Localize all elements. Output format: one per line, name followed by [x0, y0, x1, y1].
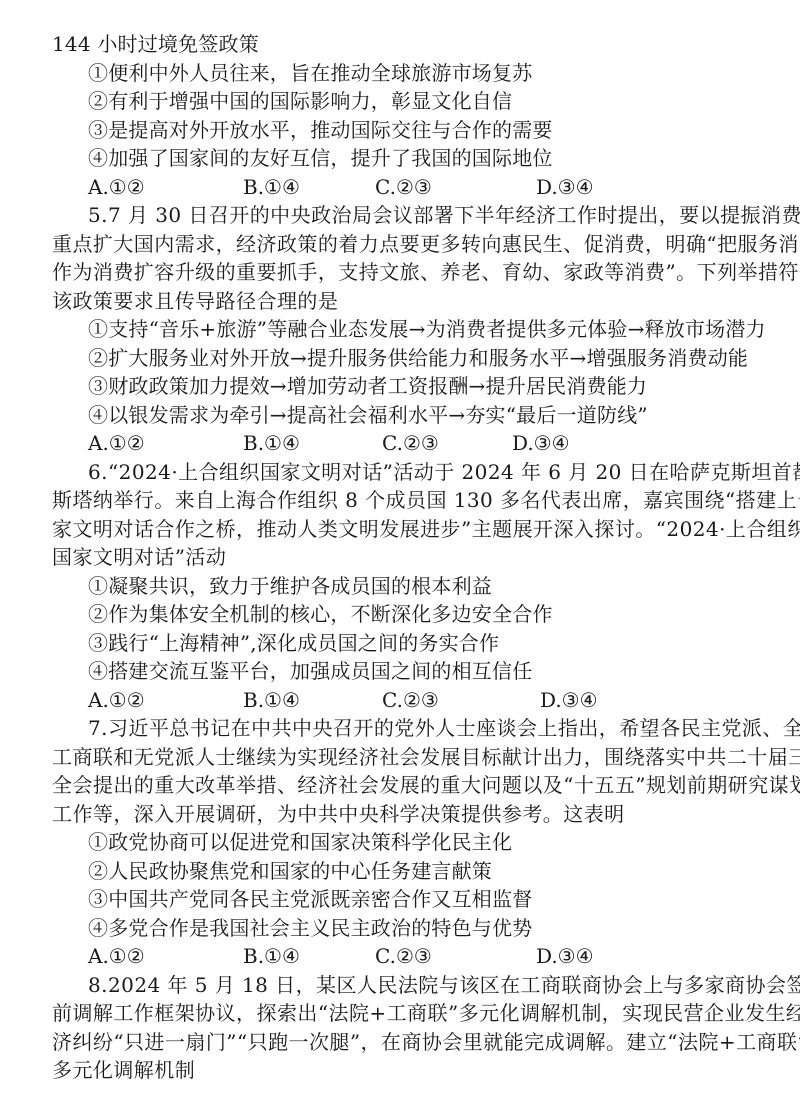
choice-a: A.①② — [88, 173, 145, 202]
statement-2: ②有利于增强中国的国际影响力，彰显文化自信 — [52, 87, 752, 116]
answer-choices: A.①② B.①④ C.②③ D.③④ — [52, 429, 752, 458]
question-stem-line: 6.“2024·上合组织国家文明对话”活动于 2024 年 6 月 20 日在哈… — [52, 458, 752, 487]
choice-c: C.②③ — [375, 173, 432, 202]
answer-choices: A.①② B.①④ C.②③ D.③④ — [52, 173, 752, 202]
statement-1: ①支持“音乐+旅游”等融合业态发展→为消费者提供多元体验→释放市场潜力 — [52, 315, 752, 344]
question-stem-line: 全会提出的重大改革举措、经济社会发展的重大问题以及“十五五”规划前期研究谋划 — [52, 771, 752, 800]
statement-1: ①政党协商可以促进党和国家决策科学化民主化 — [52, 828, 752, 857]
question-stem-line: 8.2024 年 5 月 18 日，某区人民法院与该区在工商联商协会上与多家商协… — [52, 971, 752, 1000]
statement-4: ④加强了国家间的友好互信，提升了我国的国际地位 — [52, 144, 752, 173]
statement-2: ②人民政协聚焦党和国家的中心任务建言献策 — [52, 857, 752, 886]
statement-3: ③中国共产党同各民主党派既亲密合作又互相监督 — [52, 885, 752, 914]
answer-choices: A.①② B.①④ C.②③ D.③④ — [52, 686, 752, 715]
question-stem-line: 多元化调解机制 — [52, 1056, 752, 1085]
choice-a: A.①② — [88, 686, 145, 715]
question-8: 8.2024 年 5 月 18 日，某区人民法院与该区在工商联商协会上与多家商协… — [52, 971, 752, 1085]
statement-3: ③践行“上海精神”,深化成员国之间的务实合作 — [52, 629, 752, 658]
question-4-tail: 144 小时过境免签政策 ①便利中外人员往来，旨在推动全球旅游市场复苏 ②有利于… — [52, 30, 752, 201]
question-stem-line: 5.7 月 30 日召开的中央政治局会议部署下半年经济工作时提出，要以提振消费为 — [52, 201, 752, 230]
choice-c: C.②③ — [375, 942, 432, 971]
choice-b: B.①④ — [243, 942, 300, 971]
question-stem-line: 斯塔纳举行。来自上海合作组织 8 个成员国 130 多名代表出席，嘉宾围绕“搭建… — [52, 486, 752, 515]
choice-a: A.①② — [88, 429, 145, 458]
question-6: 6.“2024·上合组织国家文明对话”活动于 2024 年 6 月 20 日在哈… — [52, 458, 752, 715]
question-stem-line: 重点扩大国内需求，经济政策的着力点要更多转向惠民生、促消费，明确“把服务消费 — [52, 230, 752, 259]
question-stem-line: 7.习近平总书记在中共中央召开的党外人士座谈会上指出，希望各民主党派、全国 — [52, 714, 752, 743]
question-stem-line: 家文明对话合作之桥，推动人类文明发展进步”主题展开深入探讨。“2024·上合组织 — [52, 515, 752, 544]
statement-3: ③财政政策加力提效→增加劳动者工资报酬→提升居民消费能力 — [52, 372, 752, 401]
question-7: 7.习近平总书记在中共中央召开的党外人士座谈会上指出，希望各民主党派、全国 工商… — [52, 714, 752, 971]
statement-4: ④多党合作是我国社会主义民主政治的特色与优势 — [52, 914, 752, 943]
question-stem-line: 济纠纷“只进一扇门”“只跑一次腿”，在商协会里就能完成调解。建立“法院+工商联” — [52, 1028, 752, 1057]
statement-1: ①凝聚共识，致力于维护各成员国的根本利益 — [52, 572, 752, 601]
statement-1: ①便利中外人员往来，旨在推动全球旅游市场复苏 — [52, 59, 752, 88]
statement-4: ④以银发需求为牵引→提高社会福利水平→夯实“最后一道防线” — [52, 401, 752, 430]
answer-choices: A.①② B.①④ C.②③ D.③④ — [52, 942, 752, 971]
choice-c: C.②③ — [382, 686, 439, 715]
question-stem-line: 前调解工作框架协议，探索出“法院+工商联”多元化调解机制，实现民营企业发生经 — [52, 999, 752, 1028]
statement-4: ④搭建交流互鉴平台，加强成员国之间的相互信任 — [52, 657, 752, 686]
exam-page: 144 小时过境免签政策 ①便利中外人员往来，旨在推动全球旅游市场复苏 ②有利于… — [52, 30, 752, 1085]
question-stem-end: 144 小时过境免签政策 — [52, 30, 752, 59]
choice-b: B.①④ — [243, 429, 300, 458]
choice-d: D.③④ — [536, 173, 594, 202]
statement-2: ②扩大服务业对外开放→提升服务供给能力和服务水平→增强服务消费动能 — [52, 344, 752, 373]
choice-d: D.③④ — [540, 686, 598, 715]
question-stem-line: 作为消费扩容升级的重要抓手，支持文旅、养老、育幼、家政等消费”。下列举措符合 — [52, 258, 752, 287]
question-stem-line: 工作等，深入开展调研，为中共中央科学决策提供参考。这表明 — [52, 800, 752, 829]
statement-3: ③是提高对外开放水平，推动国际交往与合作的需要 — [52, 116, 752, 145]
choice-a: A.①② — [88, 942, 145, 971]
choice-d: D.③④ — [536, 942, 594, 971]
choice-b: B.①④ — [243, 173, 300, 202]
choice-c: C.②③ — [382, 429, 439, 458]
question-5: 5.7 月 30 日召开的中央政治局会议部署下半年经济工作时提出，要以提振消费为… — [52, 201, 752, 458]
question-stem-line: 该政策要求且传导路径合理的是 — [52, 287, 752, 316]
statement-2: ②作为集体安全机制的核心，不断深化多边安全合作 — [52, 600, 752, 629]
choice-d: D.③④ — [512, 429, 570, 458]
question-stem-line: 国家文明对话”活动 — [52, 543, 752, 572]
question-stem-line: 工商联和无党派人士继续为实现经济社会发展目标献计出力，围绕落实中共二十届三中 — [52, 743, 752, 772]
choice-b: B.①④ — [243, 686, 300, 715]
